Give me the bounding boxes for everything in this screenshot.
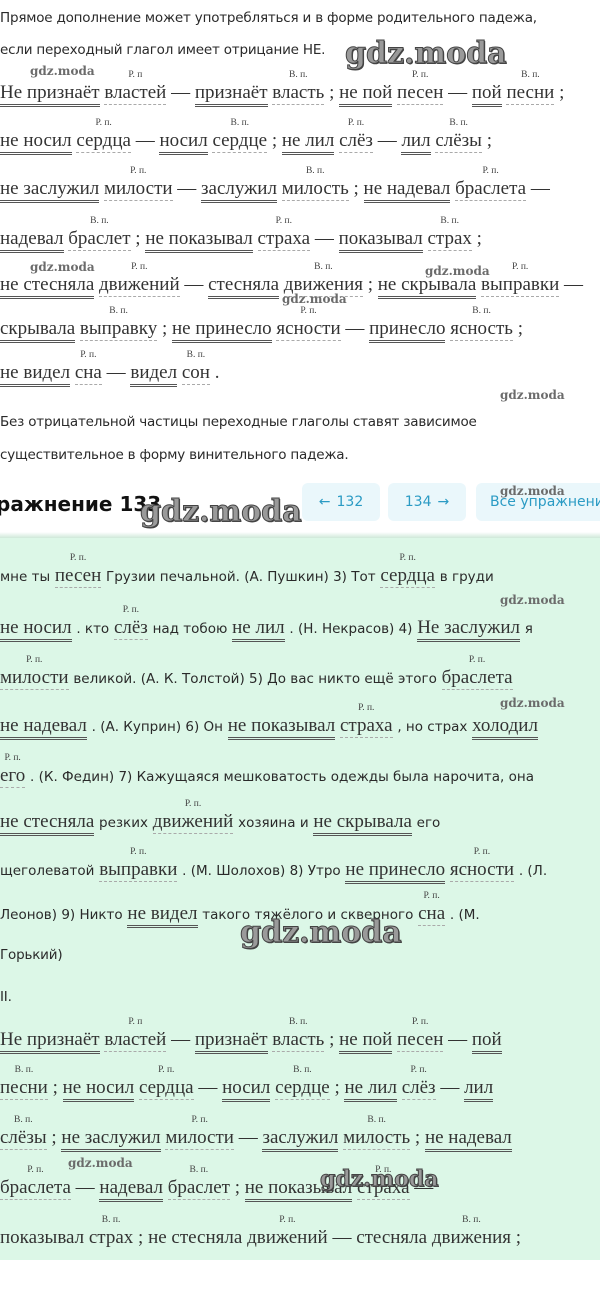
object: милостиР. п.	[104, 178, 173, 201]
object: снаР. п.	[75, 362, 102, 385]
case-mark: Р. п.	[192, 1115, 208, 1125]
predicate: признаёт	[195, 1029, 268, 1054]
sentence-text: я	[525, 621, 533, 637]
case-mark: В. п.	[521, 70, 540, 80]
object: песенР. п.	[397, 1029, 443, 1052]
answer-section: мне ты песенР. п. Грузии печальной. (А. …	[0, 537, 600, 1260]
punctuation: ;	[53, 1077, 58, 1099]
case-mark: Р. п.	[131, 262, 147, 272]
punctuation: движенийР. п.	[247, 1227, 328, 1249]
predicate: не надевал	[0, 715, 87, 740]
case-mark: Р. п.	[4, 753, 20, 763]
case-mark: Р. п.	[348, 118, 364, 128]
predicate: не надевал	[364, 178, 451, 203]
object: ясностиР. п.	[450, 859, 514, 882]
predicate: лил	[401, 130, 430, 155]
punctuation: —	[315, 228, 334, 250]
punctuation: ;	[487, 130, 492, 152]
predicate: заслужил	[262, 1127, 338, 1152]
annotated-line: милостиР. п. великой. (А. К. Толстой) 5)…	[0, 667, 513, 690]
punctuation: ;	[477, 228, 482, 250]
object: властьВ. п.	[272, 82, 324, 105]
object: милостьВ. п.	[343, 1127, 410, 1150]
object: слёзР. п.	[114, 617, 148, 640]
sentence-text: . кто	[76, 621, 109, 637]
punctuation: ;	[329, 1029, 334, 1051]
predicate: видел	[130, 362, 177, 387]
case-mark: Р. п.	[276, 216, 292, 226]
punctuation: показывал	[0, 1227, 84, 1249]
case-mark: В. п.	[440, 216, 459, 226]
case-mark: В. п.	[109, 306, 128, 316]
sentence-text: мне ты	[0, 569, 50, 585]
annotated-line: показывал страхВ. п. ; не стесняла движе…	[0, 1227, 521, 1249]
sentence-text: хозяина и	[238, 815, 309, 831]
case-mark: Р. п.	[412, 70, 428, 80]
watermark: gdz.moda	[425, 264, 490, 278]
punctuation: —	[171, 1029, 190, 1051]
punctuation: —	[239, 1127, 258, 1149]
object: сердцаР. п.	[76, 130, 131, 153]
watermark: gdz.moda	[140, 494, 302, 529]
predicate: пой	[472, 82, 502, 107]
punctuation: движенияВ. п.	[432, 1227, 511, 1249]
object: песенР. п.	[397, 82, 443, 105]
object: слёзыВ. п.	[0, 1127, 47, 1150]
watermark: gdz.moda	[500, 484, 565, 498]
object: сонВ. п.	[182, 362, 210, 385]
punctuation: ;	[559, 82, 564, 104]
predicate: не стесняла	[0, 811, 94, 836]
case-mark: Р. п.	[158, 1065, 174, 1075]
watermark: gdz.moda	[30, 64, 95, 78]
case-mark: В. п.	[314, 262, 333, 272]
object: властейР. п	[104, 1029, 166, 1052]
case-mark: Р. п.	[400, 553, 416, 563]
case-mark: Р. п	[128, 70, 142, 80]
annotated-line: не видел снаР. п. — видел сонВ. п. .	[0, 362, 219, 387]
predicate: не пой	[339, 1029, 392, 1054]
sentence-text: . (М. Шолохов) 8) Утро	[182, 863, 341, 879]
predicate: лил	[464, 1077, 493, 1102]
object: слёзР. п.	[339, 130, 373, 153]
annotated-line: скрывала выправкуВ. п. ; не принесло ясн…	[0, 318, 523, 343]
watermark: gdz.moda	[500, 388, 565, 402]
object: страхаР. п.	[258, 228, 311, 251]
case-mark: В. п.	[230, 118, 249, 128]
watermark: gdz.moda	[240, 915, 402, 950]
punctuation: —	[177, 178, 196, 200]
annotated-line: надевал браслетВ. п. ; не показывал стра…	[0, 228, 482, 253]
predicate: не видел	[127, 903, 197, 928]
case-mark: Р. п.	[80, 350, 96, 360]
case-mark: Р. п.	[123, 605, 139, 615]
predicate: не видел	[0, 362, 70, 387]
intro-text-line2: если переходный глагол имеет отрицание Н…	[0, 42, 325, 58]
punctuation: —	[564, 274, 583, 296]
object: снаР. п.	[418, 903, 445, 926]
predicate: Не заслужил	[417, 617, 520, 642]
predicate: пой	[472, 1029, 502, 1054]
predicate: заслужил	[201, 178, 277, 203]
prev-exercise-button[interactable]: ← 132	[302, 483, 380, 521]
punctuation: ;	[138, 1227, 143, 1249]
watermark: gdz.moda	[30, 260, 95, 274]
punctuation: ;	[162, 318, 167, 340]
object: выправкуВ. п.	[80, 318, 157, 341]
object: браслетаР. п.	[455, 178, 526, 201]
predicate: не лил	[344, 1077, 396, 1102]
sentence-text: . (К. Федин) 7) Кажущаяся мешковатость о…	[30, 769, 534, 785]
predicate: надевал	[99, 1177, 163, 1202]
object: слёзыВ. п.	[435, 130, 482, 153]
predicate: носил	[222, 1077, 270, 1102]
punctuation: —	[198, 1077, 217, 1099]
object: браслетаР. п.	[442, 667, 513, 690]
annotated-line: не носил . кто слёзР. п. над тобою не ли…	[0, 617, 533, 642]
arrow-right-icon: →	[438, 494, 450, 510]
punctuation: страхВ. п.	[89, 1227, 133, 1249]
annotated-line: не носил сердцаР. п. — носил сердцеВ. п.…	[0, 130, 492, 155]
predicate: холодил	[472, 715, 538, 740]
object: страхаР. п.	[340, 715, 393, 738]
punctuation: —	[76, 1177, 95, 1199]
case-mark: Р. п.	[423, 891, 439, 901]
predicate: не надевал	[425, 1127, 512, 1152]
annotated-line: песниВ. п. ; не носил сердцаР. п. — носи…	[0, 1077, 493, 1102]
exercise-title: ражнение 133	[0, 492, 161, 516]
case-mark: Р. п.	[130, 847, 146, 857]
object: сердцаР. п.	[380, 565, 435, 588]
sentence-text: . (А. Куприн) 6) Он	[92, 719, 223, 735]
punctuation: стесняла	[356, 1227, 427, 1249]
case-mark: Р. п.	[130, 166, 146, 176]
next-exercise-label: 134	[405, 494, 432, 510]
punctuation: —	[332, 1227, 351, 1249]
sentence-text: резких	[99, 815, 148, 831]
punctuation: ;	[272, 130, 277, 152]
case-mark: В. п.	[472, 306, 491, 316]
annotated-line: Не признаёт властейР. п — признаёт власт…	[0, 82, 564, 107]
predicate: не носил	[63, 1077, 135, 1102]
case-mark: В. п.	[90, 216, 109, 226]
watermark: gdz.moda	[68, 1156, 133, 1170]
case-mark: Р. п.	[26, 655, 42, 665]
case-mark: Р. п	[128, 1017, 142, 1027]
case-mark: Р. п.	[185, 799, 201, 809]
case-mark: В. п.	[289, 70, 308, 80]
section-divider	[0, 532, 600, 538]
sentence-text: его	[417, 815, 441, 831]
punctuation: —	[440, 1077, 459, 1099]
sentence-text: над тобою	[153, 621, 228, 637]
object: егоР. п.	[0, 765, 25, 788]
predicate: не скрывала	[313, 811, 412, 836]
predicate: Не признаёт	[0, 82, 100, 107]
case-mark: В. п.	[289, 1017, 308, 1027]
case-mark: Р. п.	[95, 118, 111, 128]
object: браслетВ. п.	[168, 1177, 230, 1200]
object: выправкиР. п.	[99, 859, 177, 882]
annotated-line: слёзыВ. п. ; не заслужил милостиР. п. — …	[0, 1127, 512, 1152]
predicate: не стесняла	[0, 274, 94, 299]
punctuation: —	[136, 130, 155, 152]
author-tail: Горький)	[0, 947, 62, 963]
case-mark: Р. п.	[469, 655, 485, 665]
case-mark: Р. п.	[410, 1065, 426, 1075]
case-mark: Р. п.	[412, 1017, 428, 1027]
object: браслетВ. п.	[68, 228, 130, 251]
outro-text-line2: существительное в форму винительного пад…	[0, 447, 348, 463]
case-mark: Р. п.	[27, 1165, 43, 1175]
punctuation: —	[107, 362, 126, 384]
predicate: принесло	[369, 318, 445, 343]
sentence-text: великой. (А. К. Толстой) 5) До вас никто…	[73, 671, 437, 687]
object: сердцеВ. п.	[212, 130, 267, 153]
case-mark: Р. п.	[358, 703, 374, 713]
watermark: gdz.moda	[500, 696, 565, 710]
case-mark: В. п.	[367, 1115, 386, 1125]
annotated-line: Не признаёт властейР. п — признаёт власт…	[0, 1029, 502, 1054]
object: страхВ. п.	[428, 228, 472, 251]
case-mark: В. п.	[15, 1065, 34, 1075]
object: движенийР. п.	[99, 274, 180, 297]
outro-text-line1: Без отрицательной частицы переходные гла…	[0, 414, 477, 430]
annotated-line: щеголеватой выправкиР. п. . (М. Шолохов)…	[0, 859, 547, 884]
punctuation: ;	[329, 82, 334, 104]
object: властьВ. п.	[272, 1029, 324, 1052]
sentence-text: Грузии печальной. (А. Пушкин) 3) Тот	[106, 569, 376, 585]
punctuation: не стесняла	[148, 1227, 242, 1249]
watermark: gdz.moda	[282, 292, 347, 306]
predicate: Не признаёт	[0, 1029, 100, 1054]
annotated-line: егоР. п. . (К. Федин) 7) Кажущаяся мешко…	[0, 765, 534, 788]
page-bottom	[0, 1260, 600, 1292]
sentence-text: . (Н. Некрасов) 4)	[289, 621, 412, 637]
object: браслетаР. п.	[0, 1177, 71, 1200]
section-label: II.	[0, 989, 12, 1005]
sentence-text: щеголеватой	[0, 863, 94, 879]
object: сердцаР. п.	[139, 1077, 194, 1100]
punctuation: —	[171, 82, 190, 104]
predicate: носил	[159, 130, 207, 155]
punctuation: ;	[368, 274, 373, 296]
predicate: не показывал	[228, 715, 335, 740]
predicate: не показывал	[145, 228, 252, 253]
case-mark: В. п.	[306, 166, 325, 176]
case-mark: Р. п.	[279, 1215, 295, 1225]
object: песниВ. п.	[506, 82, 554, 105]
predicate: не принесло	[172, 318, 272, 343]
predicate: показывал	[339, 228, 423, 253]
punctuation: ;	[518, 318, 523, 340]
sentence-text: в груди	[440, 569, 494, 585]
object: песенР. п.	[55, 565, 101, 588]
arrow-left-icon: ←	[319, 494, 331, 510]
case-mark: В. п.	[14, 1115, 33, 1125]
watermark: gdz.moda	[500, 593, 565, 607]
predicate: не лил	[282, 130, 334, 155]
prev-exercise-label: 132	[337, 494, 364, 510]
object: слёзР. п.	[402, 1077, 436, 1100]
punctuation: —	[531, 178, 550, 200]
punctuation: —	[184, 274, 203, 296]
case-mark: В. п.	[462, 1215, 481, 1225]
object: милостиР. п.	[0, 667, 69, 690]
predicate: надевал	[0, 228, 64, 253]
object: движенийР. п.	[153, 811, 234, 834]
punctuation: ;	[334, 1077, 339, 1099]
case-mark: В. п.	[449, 118, 468, 128]
intro-text-line1: Прямое дополнение может употребляться и …	[0, 10, 537, 26]
case-mark: В. п.	[293, 1065, 312, 1075]
watermark: gdz.moda	[320, 1166, 439, 1192]
punctuation: ;	[51, 1127, 56, 1149]
object: властейР. п	[104, 82, 166, 105]
object: выправкиР. п.	[481, 274, 559, 297]
punctuation: ;	[516, 1227, 521, 1249]
predicate: не лил	[232, 617, 284, 642]
annotated-line: не заслужил милостиР. п. — заслужил мило…	[0, 178, 550, 203]
annotated-line: не надевал . (А. Куприн) 6) Он не показы…	[0, 715, 538, 740]
punctuation: —	[448, 1029, 467, 1051]
predicate: не носил	[0, 130, 72, 155]
object: ясностиР. п.	[276, 318, 340, 341]
predicate: стесняла	[208, 274, 279, 299]
predicate: не пой	[339, 82, 392, 107]
predicate: не принесло	[345, 859, 445, 884]
annotated-line: мне ты песенР. п. Грузии печальной. (А. …	[0, 565, 494, 588]
punctuation: —	[448, 82, 467, 104]
predicate: признаёт	[195, 82, 268, 107]
case-mark: В. п.	[187, 350, 206, 360]
sentence-text: . (Л.	[519, 863, 547, 879]
punctuation: ;	[235, 1177, 240, 1199]
punctuation: ;	[354, 178, 359, 200]
sentence-text: . (М.	[450, 907, 480, 923]
predicate: не заслужил	[0, 178, 99, 203]
punctuation: —	[378, 130, 397, 152]
punctuation: .	[215, 362, 220, 384]
annotated-line: не стесняла резких движенийР. п. хозяина…	[0, 811, 440, 836]
predicate: не заслужил	[61, 1127, 160, 1152]
object: песниВ. п.	[0, 1077, 48, 1100]
watermark: gdz.moda	[345, 36, 507, 71]
case-mark: Р. п.	[482, 166, 498, 176]
object: милостиР. п.	[165, 1127, 234, 1150]
case-mark: Р. п.	[474, 847, 490, 857]
next-exercise-button[interactable]: 134 →	[388, 483, 466, 521]
predicate: скрывала	[0, 318, 75, 343]
object: ясностьВ. п.	[450, 318, 513, 341]
case-mark: Р. п.	[300, 306, 316, 316]
sentence-text: Леонов) 9) Никто	[0, 907, 123, 923]
sentence-text: , но страх	[397, 719, 467, 735]
case-mark: Р. п.	[70, 553, 86, 563]
object: милостьВ. п.	[282, 178, 349, 201]
punctuation: —	[345, 318, 364, 340]
predicate: не носил	[0, 617, 72, 642]
case-mark: Р. п.	[512, 262, 528, 272]
object: сердцеВ. п.	[275, 1077, 330, 1100]
case-mark: В. п.	[102, 1215, 121, 1225]
case-mark: В. п.	[190, 1165, 209, 1175]
punctuation: ;	[135, 228, 140, 250]
punctuation: ;	[415, 1127, 420, 1149]
